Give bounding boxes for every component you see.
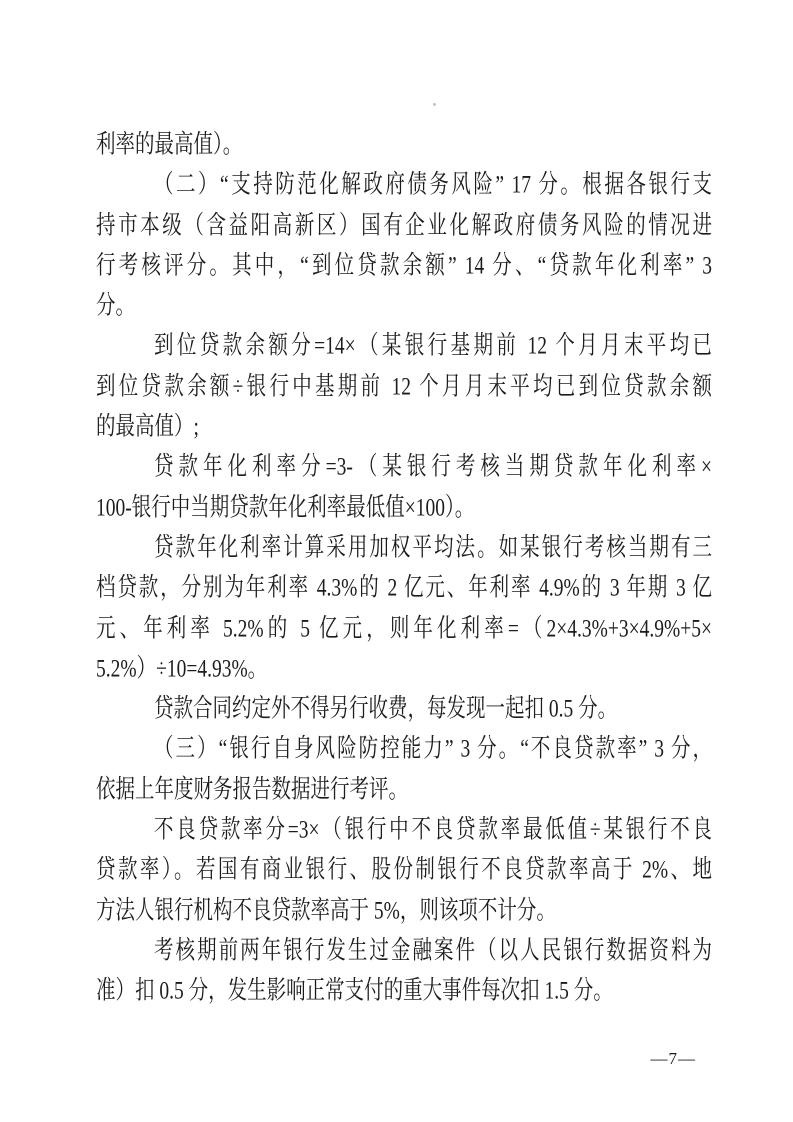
text-block: 利率的最高值）。（二）“支持防范化解政府债务风险” 17 分。根据各银行支持市本… [96, 126, 712, 1013]
text-line: 准）扣 0.5 分，发生影响正常支付的重大事件每次扣 1.5 分。 [96, 966, 712, 1018]
page-number: —7— [651, 1048, 697, 1070]
scan-artifact-dot [433, 103, 436, 106]
document-page: 利率的最高值）。（二）“支持防范化解政府债务风险” 17 分。根据各银行支持市本… [0, 0, 793, 1122]
